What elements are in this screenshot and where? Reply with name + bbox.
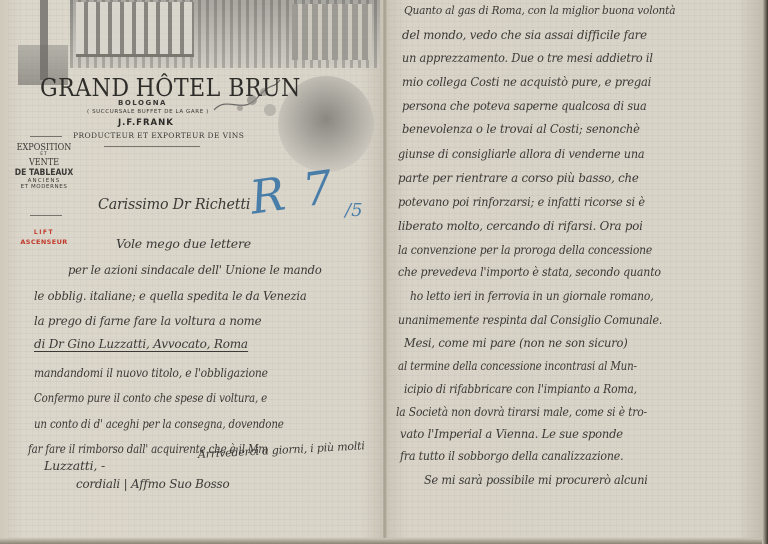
handwritten-line: al termine della concessione incontrasi …: [398, 358, 637, 373]
handwritten-line: vato l'Imperial a Vienna. Le sue sponde: [400, 426, 623, 441]
handwritten-line: Confermo pure il conto che spese di volt…: [34, 390, 267, 405]
handwritten-line: benevolenza o le trovai al Costi; senonc…: [402, 121, 640, 136]
handwritten-line: unanimemente respinta dal Consiglio Comu…: [398, 312, 662, 327]
handwritten-line: Se mi sarà possibile mi procurerò alcuni: [424, 472, 648, 487]
document-spread: GRAND HÔTEL BRUN BOLOGNA ( SUCCURSALE BU…: [0, 0, 768, 544]
handwritten-line: icipio di rifabbricare con l'impianto a …: [404, 381, 637, 396]
handwritten-line: la Società non dovrà tirarsi male, come …: [396, 404, 647, 419]
hotel-owner: J.F.FRANK: [118, 118, 174, 128]
handwritten-line: del mondo, vedo che sia assai difficile …: [402, 27, 647, 42]
arcade-illustration: [292, 4, 372, 60]
exhibition-notice: EXPOSITION ET VENTE DE TABLEAUX ANCIENS …: [6, 142, 82, 190]
handwritten-line: fra tutto il sobborgo della canalizzazio…: [400, 448, 623, 463]
divider: [30, 136, 62, 137]
handwritten-line: le obblig. italiane; e quella spedita le…: [34, 288, 307, 303]
handwritten-line: per le azioni sindacale dell' Unione le …: [68, 262, 322, 277]
handwritten-line: un conto di d' aceghi per la consegna, d…: [34, 416, 284, 431]
handwritten-line: persona che poteva saperne qualcosa di s…: [402, 98, 647, 113]
signature-line: cordiali | Affmo Suo Bosso: [76, 476, 229, 491]
divider: [30, 215, 62, 216]
archival-annotation-fraction: /5: [345, 200, 363, 221]
hotel-name: GRAND HÔTEL BRUN: [40, 74, 301, 102]
handwritten-line: mandandomi il nuovo titolo, e l'obbligaz…: [34, 365, 268, 380]
hotel-building-illustration: [76, 2, 194, 57]
handwritten-line: parte per rientrare a corso più basso, c…: [398, 170, 639, 185]
handwritten-line: di Dr Gino Luzzatti, Avvocato, Roma: [34, 336, 248, 352]
handwritten-line: Mesi, come mi pare (non ne son sicuro): [404, 335, 628, 350]
handwritten-line: Quanto al gas di Roma, con la miglior bu…: [404, 4, 675, 17]
handwritten-line: che prevedeva l'importo è stata, secondo…: [398, 264, 661, 279]
handwritten-line: liberato molto, cercando di rifarsi. Ora…: [398, 218, 643, 233]
handwritten-line: Vole mego due lettere: [116, 236, 251, 251]
chimney-engraving: [40, 0, 48, 80]
handwritten-line: giunse di consigliarle allora di vendern…: [398, 146, 644, 161]
page-bottom-edge: [0, 538, 768, 544]
hotel-engraving: [70, 0, 380, 68]
handwritten-line: Luzzatti, -: [44, 458, 105, 473]
lift-notice: LIFT ASCENSEUR: [6, 229, 82, 246]
hotel-trade: PRODUCTEUR ET EXPORTEUR DE VINS: [73, 131, 244, 140]
page-fold: [383, 0, 387, 544]
page-right-edge: [762, 0, 768, 544]
hotel-branch: ( SUCCURSALE BUFFET DE LA GARE ): [87, 109, 209, 115]
handwritten-line: ho letto ieri in ferrovia in un giornale…: [410, 288, 653, 303]
hotel-city: BOLOGNA: [118, 99, 167, 107]
handwritten-line: mio collega Costi ne acquistò pure, e pr…: [402, 74, 651, 89]
handwritten-line: potevano poi rinforzarsi; e infatti rico…: [398, 194, 645, 209]
handwritten-line: un apprezzamento. Due o tre mesi addietr…: [402, 50, 653, 65]
divider: [104, 146, 200, 147]
salutation: Carissimo Dr Richetti: [98, 195, 250, 213]
handwritten-line: la prego di farne fare la voltura a nome: [34, 313, 261, 328]
handwritten-line: la convenzione per la proroga della conc…: [398, 242, 652, 257]
